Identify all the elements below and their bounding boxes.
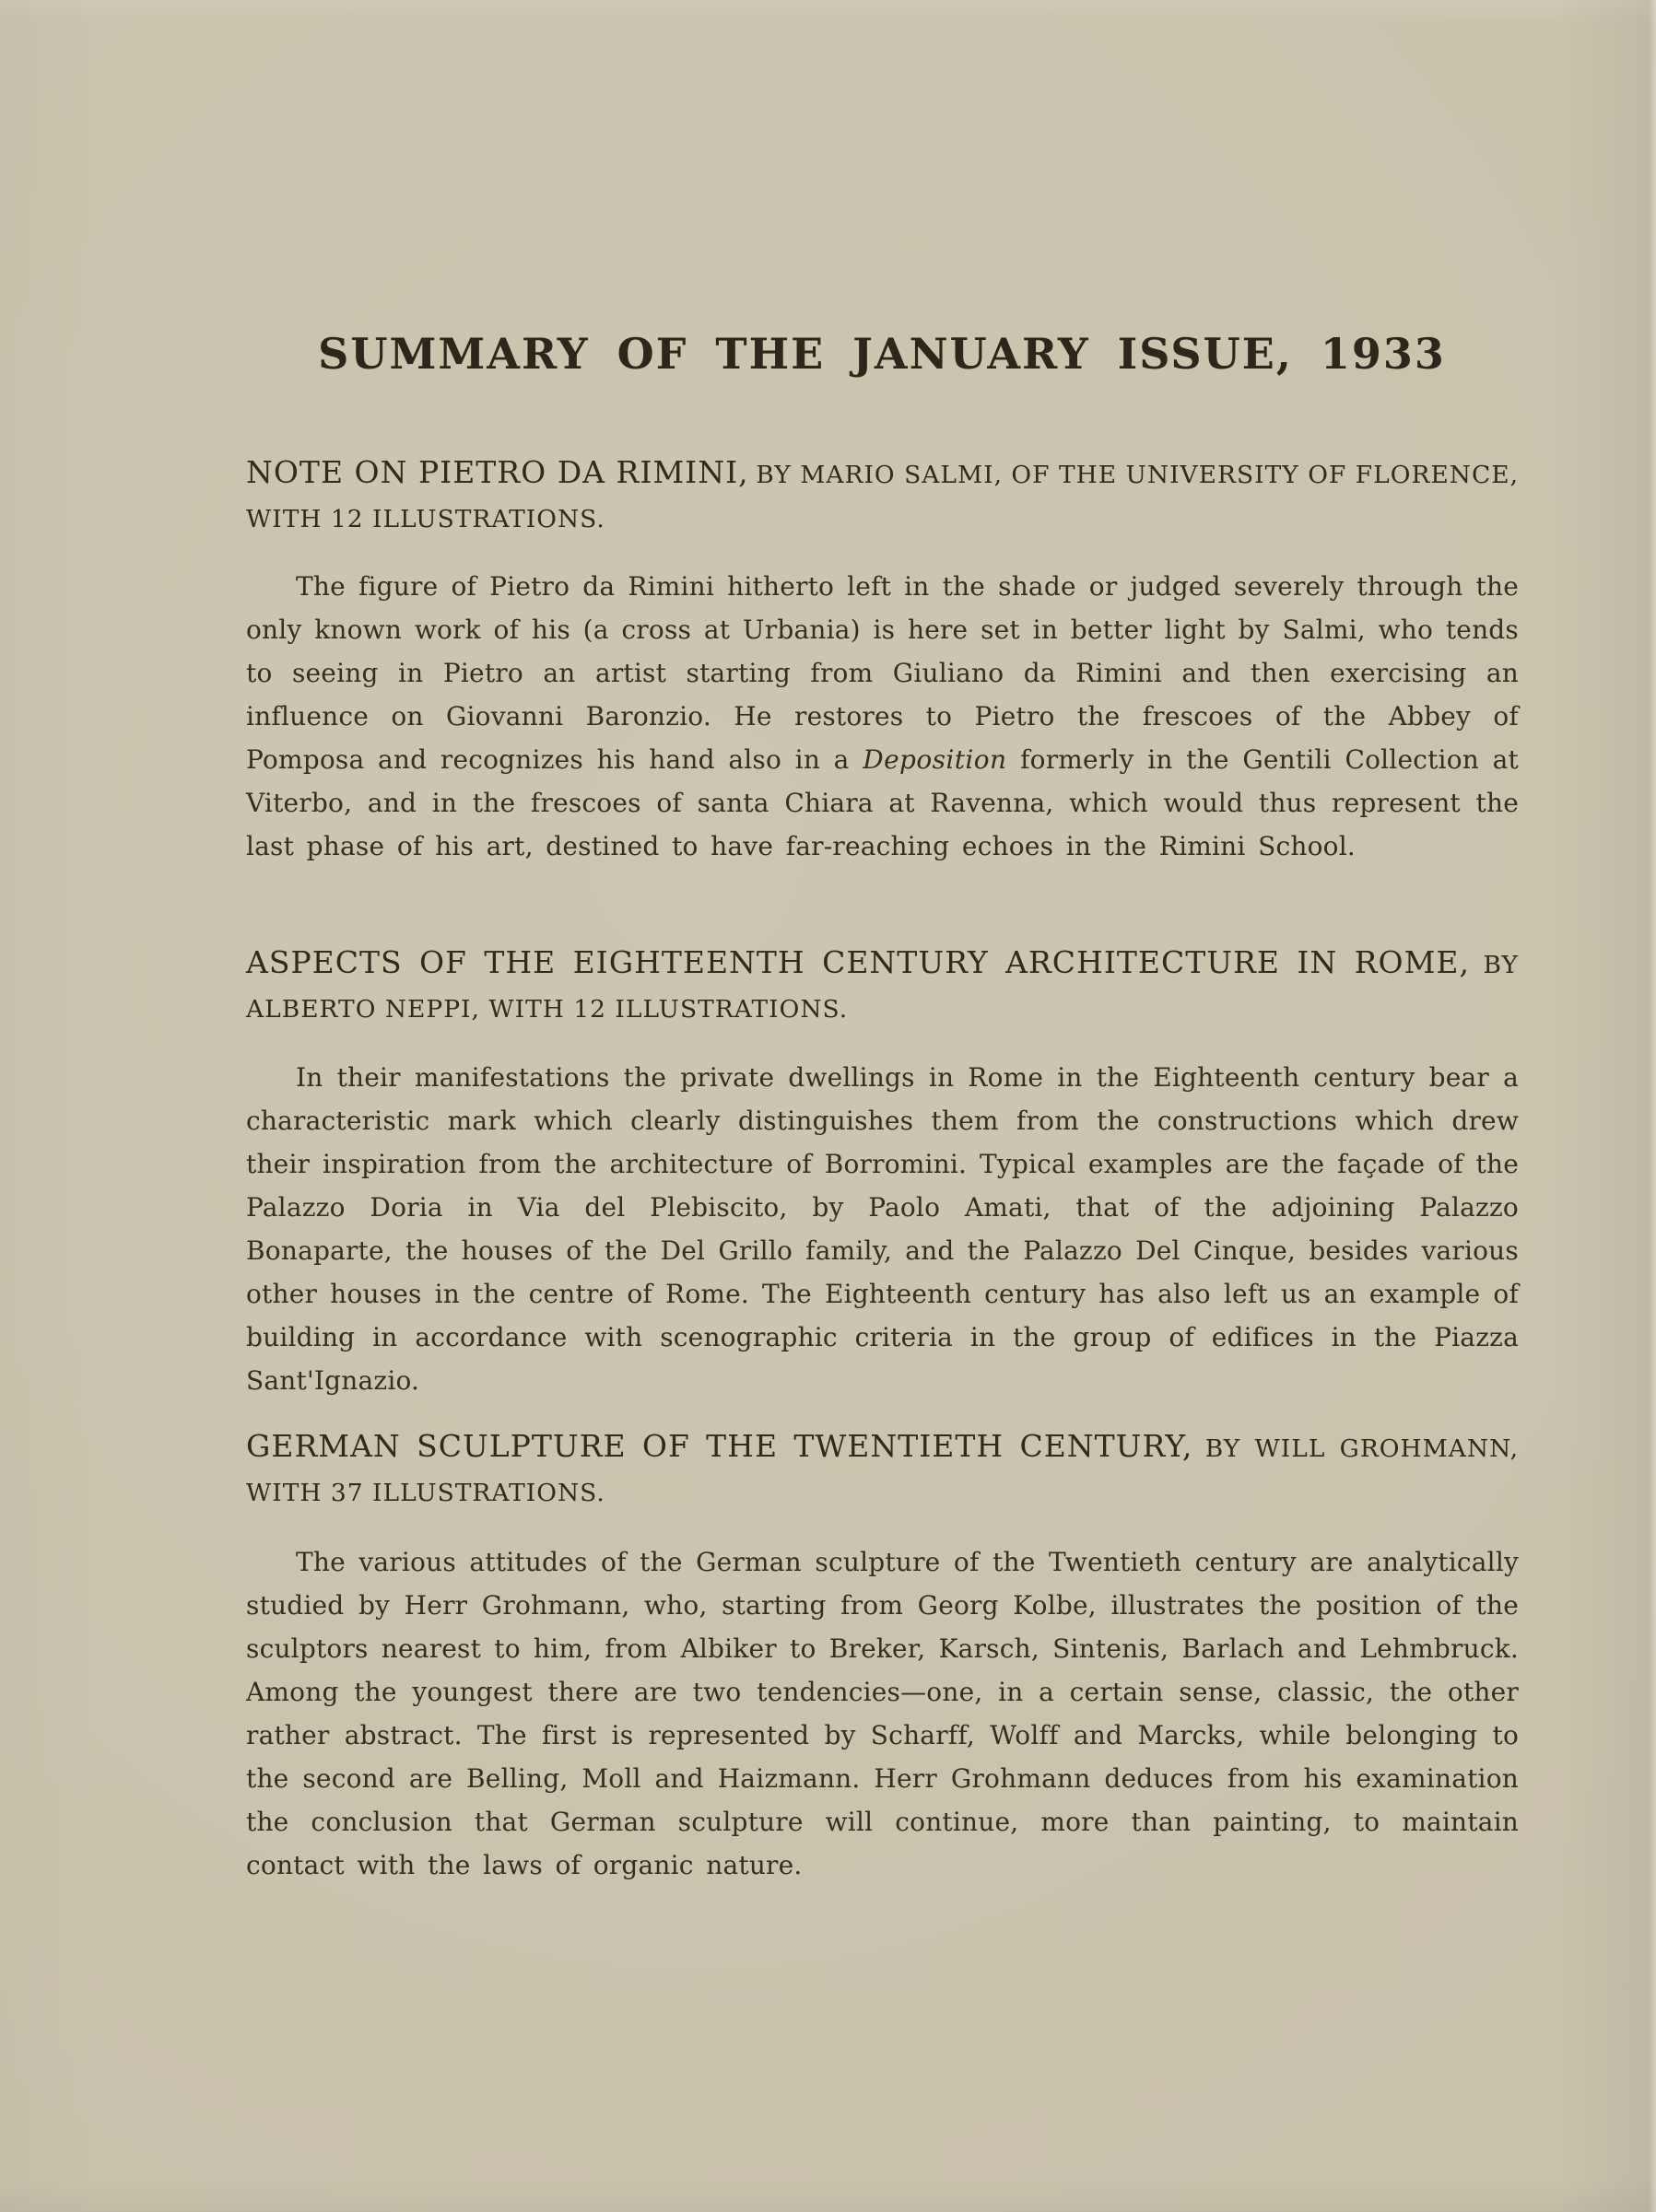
paragraph-italic-term: Deposition — [863, 744, 1006, 775]
article-heading: ASPECTS OF THE EIGHTEENTH CENTURY ARCHIT… — [246, 941, 1519, 1032]
scanned-document-page: SUMMARY OF THE JANUARY ISSUE, 1933 NOTE … — [0, 0, 1656, 2212]
article-heading-title: NOTE ON PIETRO DA RIMINI, — [246, 454, 749, 490]
article-summary-paragraph: The figure of Pietro da Rimini hitherto … — [246, 565, 1519, 868]
article-summary-paragraph: The various attitudes of the German scul… — [246, 1540, 1519, 1887]
article-summary-paragraph: In their manifestations the private dwel… — [246, 1056, 1519, 1402]
article-heading: GERMAN SCULPTURE OF THE TWENTIETH CENTUR… — [246, 1424, 1519, 1516]
article-heading: NOTE ON PIETRO DA RIMINI, BY MARIO SALMI… — [246, 451, 1519, 542]
article-section-eighteenth-century-architecture: ASPECTS OF THE EIGHTEENTH CENTURY ARCHIT… — [246, 941, 1519, 1402]
article-heading-title: ASPECTS OF THE EIGHTEENTH CENTURY ARCHIT… — [246, 944, 1470, 980]
page-title: SUMMARY OF THE JANUARY ISSUE, 1933 — [246, 329, 1518, 379]
article-section-pietro-da-rimini: NOTE ON PIETRO DA RIMINI, BY MARIO SALMI… — [246, 451, 1519, 868]
article-heading-title: GERMAN SCULPTURE OF THE TWENTIETH CENTUR… — [246, 1428, 1192, 1464]
article-section-german-sculpture: GERMAN SCULPTURE OF THE TWENTIETH CENTUR… — [246, 1424, 1519, 1887]
